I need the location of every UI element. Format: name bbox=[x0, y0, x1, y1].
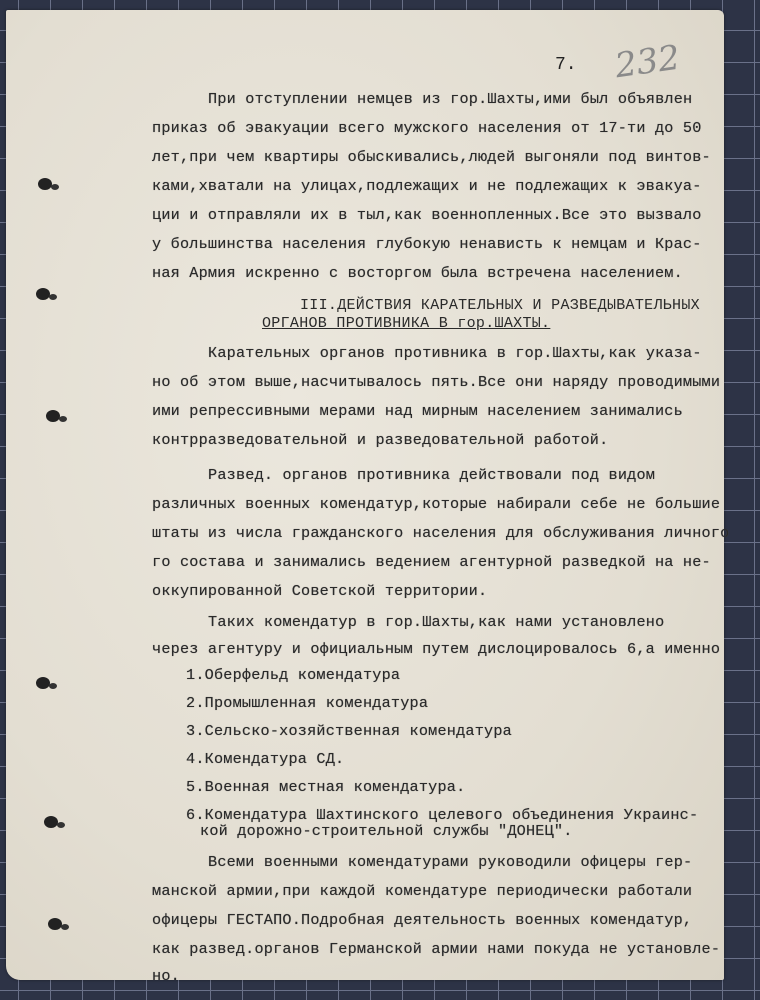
text-line: контрразведовательной и разведовательной… bbox=[152, 431, 608, 449]
text-line: ками,хватали на улицах,подлежащих и не п… bbox=[152, 177, 702, 195]
punch-hole bbox=[38, 178, 52, 190]
list-item: 4.Комендатура СД. bbox=[186, 750, 344, 768]
text-line: ная Армия искренно с восторгом была встр… bbox=[152, 264, 683, 282]
punch-hole bbox=[48, 918, 62, 930]
text-line: При отступлении немцев из гор.Шахты,ими … bbox=[208, 90, 692, 108]
text-line: различных военных комендатур,которые наб… bbox=[152, 495, 720, 513]
page-number: 7. bbox=[555, 55, 577, 75]
punch-hole bbox=[44, 816, 58, 828]
text-line: приказ об эвакуации всего мужского насел… bbox=[152, 119, 702, 137]
text-line: через агентуру и официальным путем дисло… bbox=[152, 640, 720, 658]
text-line: у большинства населения глубокую ненавис… bbox=[152, 235, 702, 253]
punch-hole bbox=[36, 677, 50, 689]
list-item: 1.Оберфельд комендатура bbox=[186, 666, 400, 684]
text-line: ции и отправляли их в тыл,как военноплен… bbox=[152, 206, 702, 224]
punch-hole bbox=[36, 288, 50, 300]
text-line: Развед. органов противника действовали п… bbox=[208, 466, 655, 484]
text-line: Таких комендатур в гор.Шахты,как нами ус… bbox=[208, 613, 664, 631]
text-line: но. bbox=[152, 967, 180, 985]
text-line: штаты из числа гражданского населения дл… bbox=[152, 524, 729, 542]
text-line: оккупированной Советской территории. bbox=[152, 582, 487, 600]
text-line: как развед.органов Германской армии нами… bbox=[152, 940, 720, 958]
text-line: го состава и занимались ведением агентур… bbox=[152, 553, 711, 571]
list-item: 5.Военная местная комендатура. bbox=[186, 778, 465, 796]
text-line: ими репрессивными мерами над мирным насе… bbox=[152, 402, 683, 420]
text-line: манской армии,при каждой комендатуре пер… bbox=[152, 882, 692, 900]
text-line: лет,при чем квартиры обыскивались,людей … bbox=[152, 148, 711, 166]
punch-hole bbox=[46, 410, 60, 422]
list-item-continuation: кой дорожно-строительной службы "ДОНЕЦ". bbox=[200, 822, 573, 840]
text-line: офицеры ГЕСТАПО.Подробная деятельность в… bbox=[152, 911, 692, 929]
list-item: 2.Промышленная комендатура bbox=[186, 694, 428, 712]
section-heading: ОРГАНОВ ПРОТИВНИКА В гор.ШАХТЫ. bbox=[262, 315, 550, 332]
text-line: Карательных органов противника в гор.Шах… bbox=[208, 344, 702, 362]
text-line: Всеми военными комендатурами руководили … bbox=[208, 853, 692, 871]
list-item: 3.Сельско-хозяйственная комендатура bbox=[186, 722, 512, 740]
section-heading: III.ДЕЙСТВИЯ КАРАТЕЛЬНЫХ И РАЗВЕДЫВАТЕЛЬ… bbox=[300, 297, 700, 314]
text-line: но об этом выше,насчитывалось пять.Все о… bbox=[152, 373, 720, 391]
